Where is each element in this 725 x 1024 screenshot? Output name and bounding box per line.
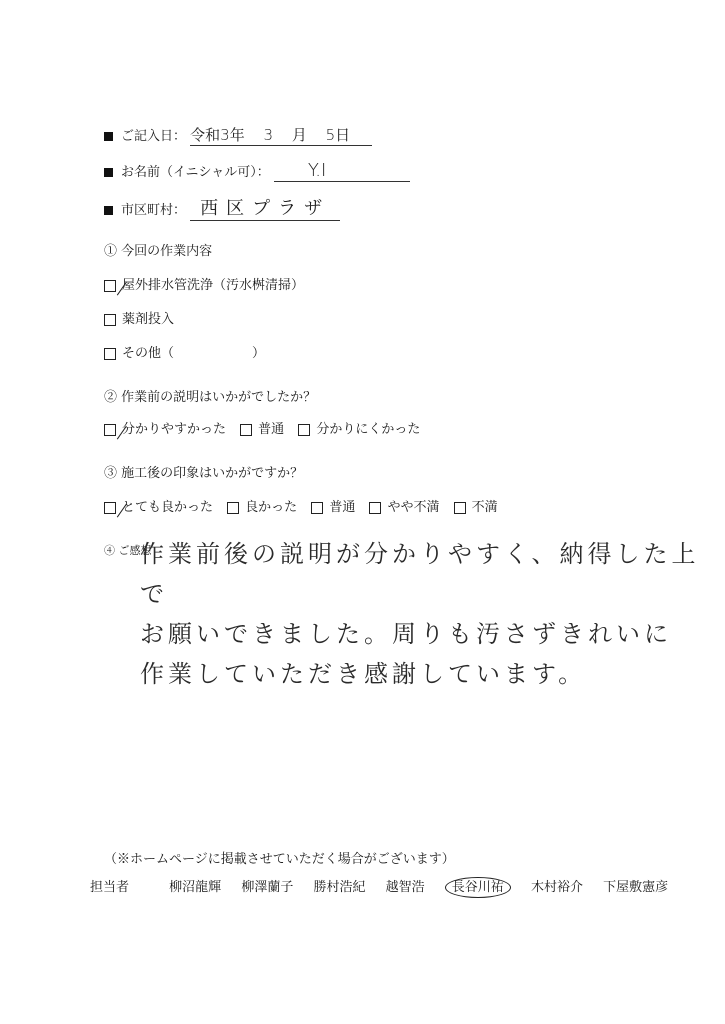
comment-line: お願いできました。周りも汚さずきれいに <box>140 614 725 654</box>
name-field[interactable]: Y.I <box>274 160 410 182</box>
staff-name: 勝村浩紀 <box>313 880 365 895</box>
staff-name: 柳澤蘭子 <box>241 880 293 895</box>
q1-option-chemical[interactable]: 薬剤投入 <box>104 308 174 327</box>
q3-option-somewhat-dissatisfied[interactable]: やや不満 <box>369 500 439 515</box>
q2-option-unclear[interactable]: 分かりにくかった <box>298 422 420 437</box>
date-day: 5 <box>326 126 336 144</box>
checkbox-checked-icon[interactable] <box>104 424 116 436</box>
q3-options: とても良かった 良かった 普通 やや不満 不満 <box>104 496 508 515</box>
checkbox-icon[interactable] <box>369 502 381 514</box>
checkbox-checked-icon[interactable] <box>104 280 116 292</box>
comment-text[interactable]: 作業前後の説明が分かりやすく、納得した上で お願いできました。周りも汚さずきれい… <box>140 534 725 694</box>
checkbox-icon[interactable] <box>454 502 466 514</box>
q3-option-normal[interactable]: 普通 <box>311 500 355 515</box>
option-label: 良かった <box>245 500 297 515</box>
publication-note: （※ホームページに掲載させていただく場合がございます） <box>104 848 455 867</box>
option-label: 普通 <box>258 422 284 437</box>
city-row: 市区町村： 西区プラザ <box>104 194 340 221</box>
staff-label: 担当者 <box>90 880 129 895</box>
staff-row: 担当者 柳沼龍輝 柳澤蘭子 勝村浩紀 越智浩 長谷川祐 木村裕介 下屋敷憲彦 <box>90 876 684 895</box>
q2-option-normal[interactable]: 普通 <box>240 422 284 437</box>
comment-line: 作業していただき感謝しています。 <box>140 654 725 694</box>
option-label: 普通 <box>329 500 355 515</box>
date-era-year: 令和3年 <box>190 126 245 144</box>
option-label: とても良かった <box>122 500 213 515</box>
city-label: 市区町村： <box>121 203 186 218</box>
name-row: お名前（イニシャル可）： Y.I <box>104 160 410 182</box>
staff-name: 木村裕介 <box>531 880 583 895</box>
staff-name: 下屋敷憲彦 <box>603 880 668 895</box>
q2-option-clear[interactable]: 分かりやすかった <box>104 422 226 437</box>
checkbox-icon[interactable] <box>311 502 323 514</box>
q2-title: ② 作業前の説明はいかがでしたか？ <box>104 386 316 405</box>
option-label: 薬剤投入 <box>122 312 174 327</box>
q1-title: ① 今回の作業内容 <box>104 240 212 259</box>
date-row: ご記入日： 令和3年 3 月 5日 <box>104 124 372 146</box>
date-month: 3 <box>263 126 273 144</box>
bullet-square-icon <box>104 206 113 215</box>
checkbox-icon[interactable] <box>104 348 116 360</box>
checkbox-icon[interactable] <box>298 424 310 436</box>
q1-option-outdoor-drain[interactable]: 屋外排水管洗浄（汚水桝清掃） <box>104 274 304 293</box>
q2-options: 分かりやすかった 普通 分かりにくかった <box>104 418 430 437</box>
comment-line: 作業前後の説明が分かりやすく、納得した上で <box>140 534 725 614</box>
staff-name: 柳沼龍輝 <box>169 880 221 895</box>
q3-option-good[interactable]: 良かった <box>227 500 297 515</box>
option-label: 屋外排水管洗浄（汚水桝清掃） <box>122 278 304 293</box>
q3-title: ③ 施工後の印象はいかがですか？ <box>104 462 303 481</box>
staff-name-circled: 長谷川祐 <box>445 877 511 898</box>
option-label: 分かりにくかった <box>316 422 420 437</box>
date-field[interactable]: 令和3年 3 月 5日 <box>190 124 372 146</box>
option-label: その他（ ） <box>122 346 265 361</box>
option-label: 不満 <box>472 500 498 515</box>
name-label: お名前（イニシャル可）： <box>121 165 270 180</box>
checkbox-icon[interactable] <box>104 314 116 326</box>
option-label: やや不満 <box>387 500 439 515</box>
city-field[interactable]: 西区プラザ <box>190 194 340 221</box>
date-day-unit: 日 <box>335 126 350 144</box>
staff-name: 越智浩 <box>386 880 425 895</box>
q3-option-very-good[interactable]: とても良かった <box>104 500 213 515</box>
checkbox-checked-icon[interactable] <box>104 502 116 514</box>
q1-option-other[interactable]: その他（ ） <box>104 342 265 361</box>
checkbox-icon[interactable] <box>227 502 239 514</box>
bullet-square-icon <box>104 168 113 177</box>
option-label: 分かりやすかった <box>122 422 226 437</box>
date-label: ご記入日： <box>121 129 186 144</box>
checkbox-icon[interactable] <box>240 424 252 436</box>
date-month-unit: 月 <box>292 126 307 144</box>
q3-option-dissatisfied[interactable]: 不満 <box>454 500 498 515</box>
bullet-square-icon <box>104 132 113 141</box>
